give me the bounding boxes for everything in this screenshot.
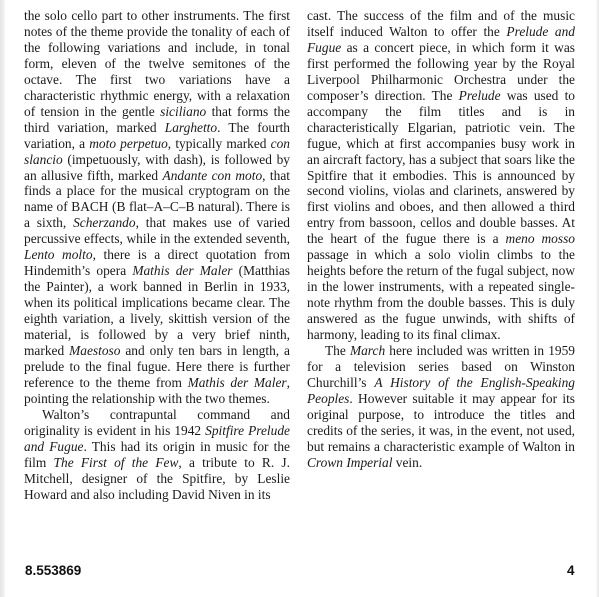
text-run: The: [325, 343, 350, 358]
italic-text-run: March: [350, 343, 385, 358]
italic-text-run: Larghetto: [165, 120, 217, 135]
text-column-left: the solo cello part to other instruments…: [24, 8, 290, 503]
italic-text-run: Andante con moto: [163, 168, 263, 183]
page-edge-left: [0, 0, 5, 597]
italic-text-run: Lento molto: [24, 247, 93, 262]
paragraph: The March here included was written in 1…: [307, 343, 575, 471]
italic-text-run: Scherzando: [73, 215, 135, 230]
italic-text-run: The First of the Few: [54, 455, 179, 470]
paragraph: Walton’s contrapuntal command and origin…: [24, 407, 290, 503]
text-run: vein.: [392, 455, 422, 470]
italic-text-run: Maestoso: [69, 343, 120, 358]
italic-text-run: Crown Imperial: [307, 455, 392, 470]
italic-text-run: meno mosso: [506, 231, 575, 246]
text-column-right: cast. The success of the film and of the…: [307, 8, 575, 471]
text-run: passage in which a solo violin climbs to…: [307, 247, 575, 342]
page-number: 4: [567, 563, 575, 578]
italic-text-run: Mathis der Maler: [132, 263, 232, 278]
catalog-number: 8.553869: [25, 563, 81, 578]
italic-text-run: siciliano: [160, 104, 206, 119]
paragraph: cast. The success of the film and of the…: [307, 8, 575, 343]
italic-text-run: moto perpetuo: [89, 136, 168, 151]
italic-text-run: Mathis der Maler: [188, 375, 287, 390]
text-run: was used to accompany the film titles an…: [307, 88, 575, 247]
text-run: the solo cello part to other instruments…: [24, 8, 290, 119]
italic-text-run: Prelude: [459, 88, 501, 103]
paragraph: the solo cello part to other instruments…: [24, 8, 290, 407]
text-run: , typically marked: [168, 136, 271, 151]
